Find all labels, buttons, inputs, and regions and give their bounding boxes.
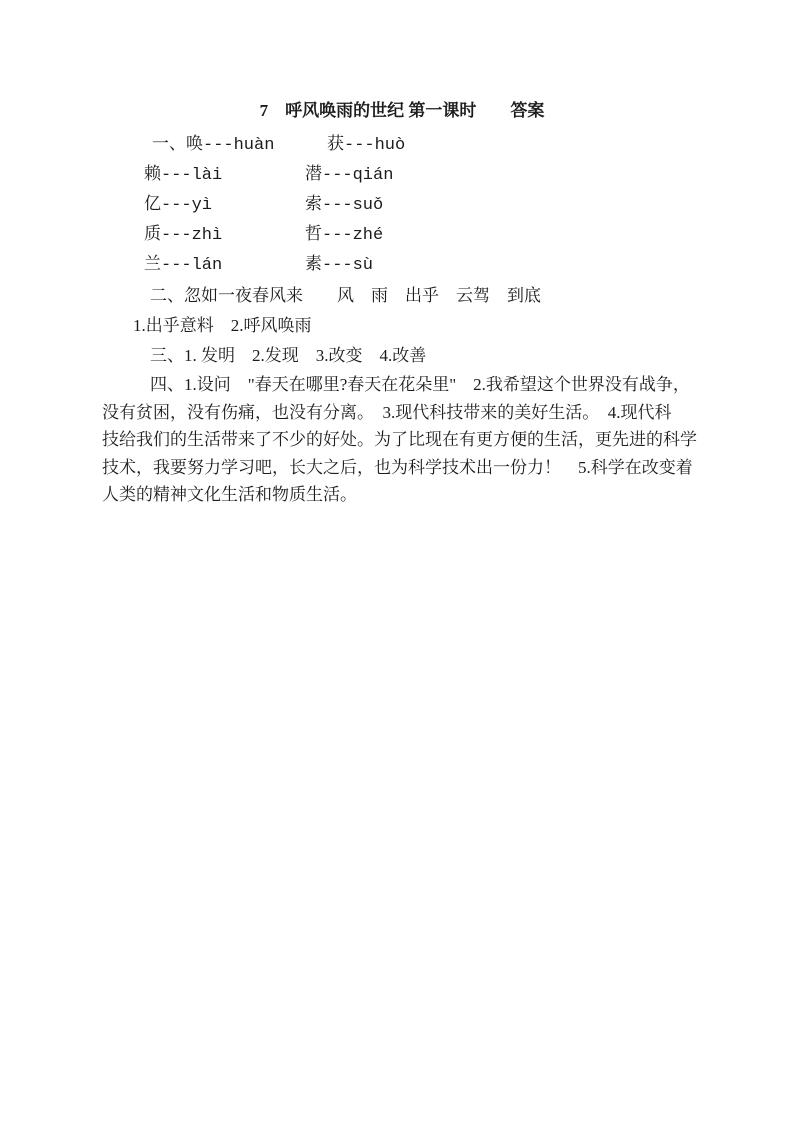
pinyin-pair: 亿---yì xyxy=(144,191,212,221)
pinyin-pair: 索---suǒ xyxy=(305,191,383,221)
document-content: 7 呼风唤雨的世纪 第一课时 答案 一、唤---huàn 获---huò 赖--… xyxy=(102,96,702,509)
pinyin-pair: 兰---lán xyxy=(144,251,222,281)
pinyin-row: 兰---lán 素---sù xyxy=(102,251,702,281)
paragraph-line: 没有贫困，没有伤痛，也没有分离。 3.现代科技带来的美好生活。 4.现代科 xyxy=(102,399,702,427)
pinyin-row: 赖---lài 潜---qián xyxy=(102,161,702,191)
paragraph-line: 人类的精神文化生活和物质生活。 xyxy=(102,481,702,509)
pinyin-pair: 一、唤---huàn xyxy=(152,131,274,161)
section-two-answer-line: 1.出乎意料 2.呼风唤雨 xyxy=(102,311,702,341)
worksheet-page: 7 呼风唤雨的世纪 第一课时 答案 一、唤---huàn 获---huò 赖--… xyxy=(0,0,793,1122)
pinyin-pair: 潜---qián xyxy=(305,161,393,191)
pinyin-pair: 素---sù xyxy=(305,251,373,281)
paragraph-line: 四、1.设问 "春天在哪里?春天在花朵里" 2.我希望这个世界没有战争， xyxy=(102,371,702,399)
page-title: 7 呼风唤雨的世纪 第一课时 答案 xyxy=(102,96,702,126)
pinyin-pair: 获---huò xyxy=(327,131,405,161)
pinyin-row: 亿---yì 索---suǒ xyxy=(102,191,702,221)
pinyin-row: 一、唤---huàn 获---huò xyxy=(102,131,702,161)
pinyin-pair: 质---zhì xyxy=(144,221,222,251)
section-three-answer-line: 三、1. 发明 2.发现 3.改变 4.改善 xyxy=(102,341,702,371)
paragraph-line: 技给我们的生活带来了不少的好处。为了比现在有更方便的生活，更先进的科学 xyxy=(102,426,702,454)
pinyin-pair: 哲---zhé xyxy=(305,221,383,251)
section-four-paragraph: 四、1.设问 "春天在哪里?春天在花朵里" 2.我希望这个世界没有战争， 没有贫… xyxy=(102,371,702,509)
section-two-answer-line: 二、忽如一夜春风来 风 雨 出乎 云驾 到底 xyxy=(102,281,702,311)
paragraph-line: 技术，我要努力学习吧，长大之后，也为科学技术出一份力！ 5.科学在改变着 xyxy=(102,454,702,482)
pinyin-row: 质---zhì 哲---zhé xyxy=(102,221,702,251)
pinyin-pair: 赖---lài xyxy=(144,161,222,191)
section-one-pinyin-matching: 一、唤---huàn 获---huò 赖---lài 潜---qián 亿---… xyxy=(102,131,702,281)
